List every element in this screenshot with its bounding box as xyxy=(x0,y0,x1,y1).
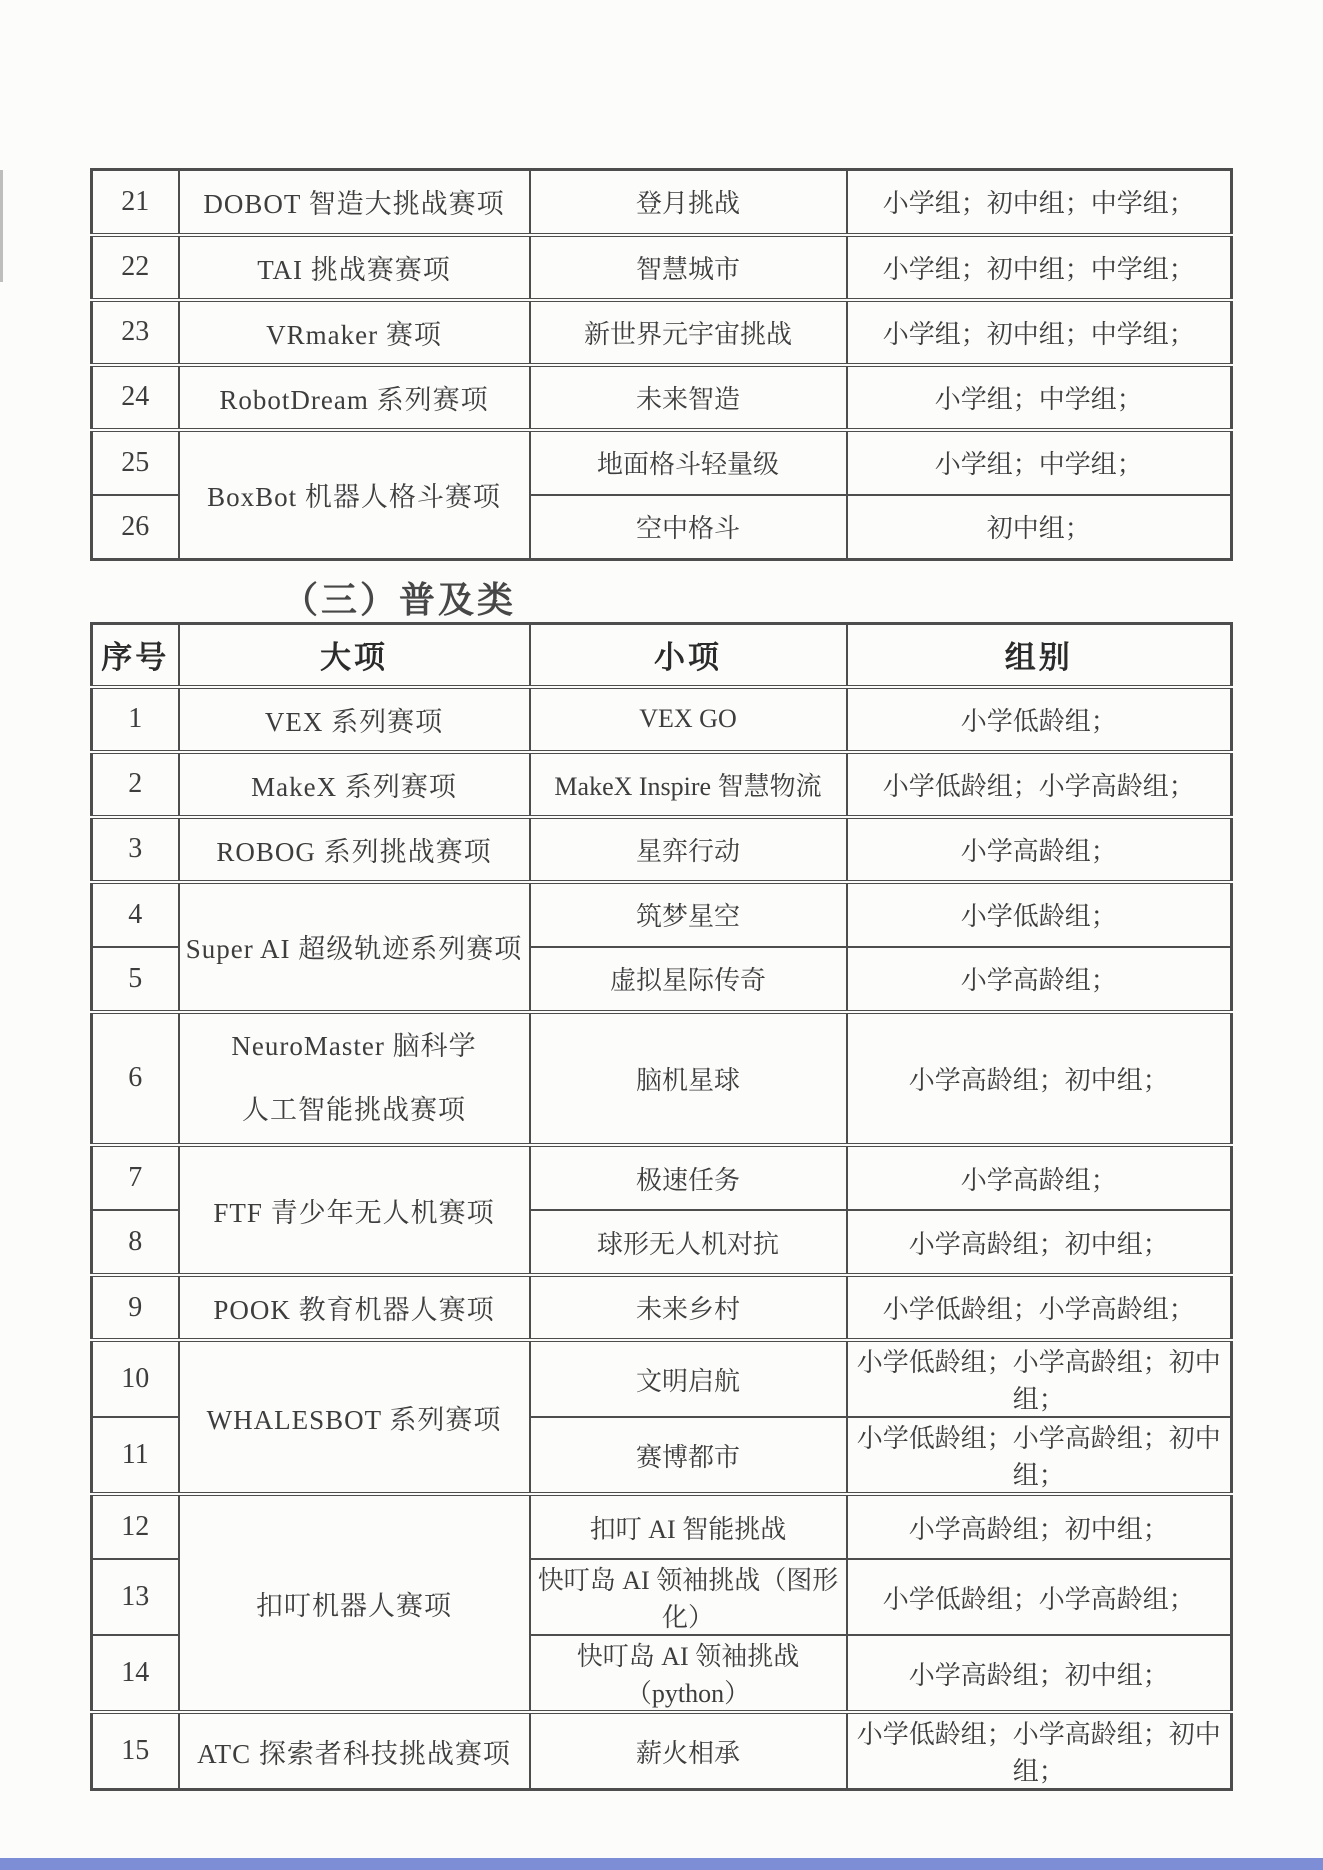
major-item-cell: ROBOG 系列挑战赛项 xyxy=(179,817,530,882)
row-no-cell: 10 xyxy=(92,1340,179,1417)
major-item-cell: RobotDream 系列赛项 xyxy=(179,365,530,430)
row-no-cell: 13 xyxy=(92,1559,179,1635)
header-minor: 小项 xyxy=(530,624,847,687)
groups-cell: 小学组；初中组；中学组； xyxy=(847,300,1232,365)
row-no-cell: 21 xyxy=(92,170,179,235)
major-item-cell: DOBOT 智造大挑战赛项 xyxy=(179,170,530,235)
minor-item-cell: 空中格斗 xyxy=(530,495,847,560)
groups-cell: 小学高龄组；初中组； xyxy=(847,1210,1232,1275)
groups-cell: 小学低龄组； xyxy=(847,882,1232,947)
row-no-cell: 7 xyxy=(92,1145,179,1210)
major-item-cell: VRmaker 赛项 xyxy=(179,300,530,365)
table-row: 21 DOBOT 智造大挑战赛项 登月挑战 小学组；初中组；中学组； xyxy=(92,170,1232,235)
table-row: 22 TAI 挑战赛赛项 智慧城市 小学组；初中组；中学组； xyxy=(92,235,1232,300)
table-row: 24 RobotDream 系列赛项 未来智造 小学组；中学组； xyxy=(92,365,1232,430)
row-no-cell: 1 xyxy=(92,687,179,752)
bottom-blue-bar xyxy=(0,1858,1323,1870)
minor-item-cell: 地面格斗轻量级 xyxy=(530,430,847,495)
minor-item-cell: 赛博都市 xyxy=(530,1417,847,1494)
competition-table-continued: 21 DOBOT 智造大挑战赛项 登月挑战 小学组；初中组；中学组； 22 TA… xyxy=(90,168,1233,561)
minor-item-cell: 扣叮 AI 智能挑战 xyxy=(530,1494,847,1559)
minor-item-cell: VEX GO xyxy=(530,687,847,752)
groups-cell: 小学低龄组；小学高龄组；初中组； xyxy=(847,1340,1232,1417)
minor-item-cell: 快叮岛 AI 领袖挑战（图形化） xyxy=(530,1559,847,1635)
table-row: 1 VEX 系列赛项 VEX GO 小学低龄组； xyxy=(92,687,1232,752)
row-no-cell: 6 xyxy=(92,1012,179,1146)
groups-cell: 小学低龄组；小学高龄组；初中组； xyxy=(847,1712,1232,1790)
groups-cell: 小学高龄组；初中组； xyxy=(847,1635,1232,1712)
minor-item-cell: 智慧城市 xyxy=(530,235,847,300)
minor-item-cell: 筑梦星空 xyxy=(530,882,847,947)
groups-cell: 小学低龄组；小学高龄组； xyxy=(847,1275,1232,1340)
groups-cell: 小学低龄组；小学高龄组； xyxy=(847,1559,1232,1635)
minor-item-cell: 文明启航 xyxy=(530,1340,847,1417)
table-row: 3 ROBOG 系列挑战赛项 星弈行动 小学高龄组； xyxy=(92,817,1232,882)
header-groups: 组别 xyxy=(847,624,1232,687)
minor-item-cell: 未来智造 xyxy=(530,365,847,430)
row-no-cell: 9 xyxy=(92,1275,179,1340)
groups-cell: 小学组；中学组； xyxy=(847,430,1232,495)
major-item-cell-merged: FTF 青少年无人机赛项 xyxy=(179,1145,530,1275)
table-row: 23 VRmaker 赛项 新世界元宇宙挑战 小学组；初中组；中学组； xyxy=(92,300,1232,365)
minor-item-cell: 未来乡村 xyxy=(530,1275,847,1340)
table-row: 7 FTF 青少年无人机赛项 极速任务 小学高龄组； xyxy=(92,1145,1232,1210)
table-row: 10 WHALESBOT 系列赛项 文明启航 小学低龄组；小学高龄组；初中组； xyxy=(92,1340,1232,1417)
groups-cell: 小学高龄组； xyxy=(847,817,1232,882)
minor-item-cell: 球形无人机对抗 xyxy=(530,1210,847,1275)
row-no-cell: 4 xyxy=(92,882,179,947)
minor-item-cell: 新世界元宇宙挑战 xyxy=(530,300,847,365)
groups-cell: 小学组；初中组；中学组； xyxy=(847,235,1232,300)
major-item-cell: TAI 挑战赛赛项 xyxy=(179,235,530,300)
scan-edge-artifact xyxy=(0,170,3,282)
row-no-cell: 22 xyxy=(92,235,179,300)
minor-item-cell: 虚拟星际传奇 xyxy=(530,947,847,1012)
minor-item-cell: MakeX Inspire 智慧物流 xyxy=(530,752,847,817)
minor-item-cell: 快叮岛 AI 领袖挑战（python） xyxy=(530,1635,847,1712)
table-header-row: 序号 大项 小项 组别 xyxy=(92,624,1232,687)
table-row: 9 POOK 教育机器人赛项 未来乡村 小学低龄组；小学高龄组； xyxy=(92,1275,1232,1340)
groups-cell: 小学低龄组；小学高龄组；初中组； xyxy=(847,1417,1232,1494)
row-no-cell: 3 xyxy=(92,817,179,882)
groups-cell: 小学低龄组； xyxy=(847,687,1232,752)
table-row: 6 NeuroMaster 脑科学 人工智能挑战赛项 脑机星球 小学高龄组；初中… xyxy=(92,1012,1232,1146)
row-no-cell: 8 xyxy=(92,1210,179,1275)
row-no-cell: 11 xyxy=(92,1417,179,1494)
row-no-cell: 14 xyxy=(92,1635,179,1712)
major-item-cell: NeuroMaster 脑科学 人工智能挑战赛项 xyxy=(179,1012,530,1146)
scanned-document-page: 21 DOBOT 智造大挑战赛项 登月挑战 小学组；初中组；中学组； 22 TA… xyxy=(0,0,1323,1870)
table-row: 2 MakeX 系列赛项 MakeX Inspire 智慧物流 小学低龄组；小学… xyxy=(92,752,1232,817)
groups-cell: 小学高龄组；初中组； xyxy=(847,1012,1232,1146)
popularization-category-table: 序号 大项 小项 组别 1 VEX 系列赛项 VEX GO 小学低龄组； 2 M… xyxy=(90,622,1233,1791)
row-no-cell: 12 xyxy=(92,1494,179,1559)
row-no-cell: 25 xyxy=(92,430,179,495)
minor-item-cell: 极速任务 xyxy=(530,1145,847,1210)
minor-item-cell: 薪火相承 xyxy=(530,1712,847,1790)
header-major: 大项 xyxy=(179,624,530,687)
row-no-cell: 15 xyxy=(92,1712,179,1790)
major-item-cell-merged: 扣叮机器人赛项 xyxy=(179,1494,530,1712)
major-item-cell: MakeX 系列赛项 xyxy=(179,752,530,817)
table-row: 12 扣叮机器人赛项 扣叮 AI 智能挑战 小学高龄组；初中组； xyxy=(92,1494,1232,1559)
row-no-cell: 5 xyxy=(92,947,179,1012)
minor-item-cell: 登月挑战 xyxy=(530,170,847,235)
major-item-cell: ATC 探索者科技挑战赛项 xyxy=(179,1712,530,1790)
table-row: 25 BoxBot 机器人格斗赛项 地面格斗轻量级 小学组；中学组； xyxy=(92,430,1232,495)
row-no-cell: 26 xyxy=(92,495,179,560)
row-no-cell: 2 xyxy=(92,752,179,817)
groups-cell: 初中组； xyxy=(847,495,1232,560)
groups-cell: 小学组；中学组； xyxy=(847,365,1232,430)
major-item-cell: VEX 系列赛项 xyxy=(179,687,530,752)
groups-cell: 小学组；初中组；中学组； xyxy=(847,170,1232,235)
groups-cell: 小学低龄组；小学高龄组； xyxy=(847,752,1232,817)
section-heading: （三）普及类 xyxy=(282,572,516,623)
major-item-cell: POOK 教育机器人赛项 xyxy=(179,1275,530,1340)
groups-cell: 小学高龄组；初中组； xyxy=(847,1494,1232,1559)
header-no: 序号 xyxy=(92,624,179,687)
major-item-cell-merged: WHALESBOT 系列赛项 xyxy=(179,1340,530,1494)
major-item-cell-merged: BoxBot 机器人格斗赛项 xyxy=(179,430,530,560)
groups-cell: 小学高龄组； xyxy=(847,1145,1232,1210)
table-row: 15 ATC 探索者科技挑战赛项 薪火相承 小学低龄组；小学高龄组；初中组； xyxy=(92,1712,1232,1790)
major-item-cell-merged: Super AI 超级轨迹系列赛项 xyxy=(179,882,530,1012)
row-no-cell: 23 xyxy=(92,300,179,365)
minor-item-cell: 脑机星球 xyxy=(530,1012,847,1146)
groups-cell: 小学高龄组； xyxy=(847,947,1232,1012)
table-row: 4 Super AI 超级轨迹系列赛项 筑梦星空 小学低龄组； xyxy=(92,882,1232,947)
row-no-cell: 24 xyxy=(92,365,179,430)
minor-item-cell: 星弈行动 xyxy=(530,817,847,882)
